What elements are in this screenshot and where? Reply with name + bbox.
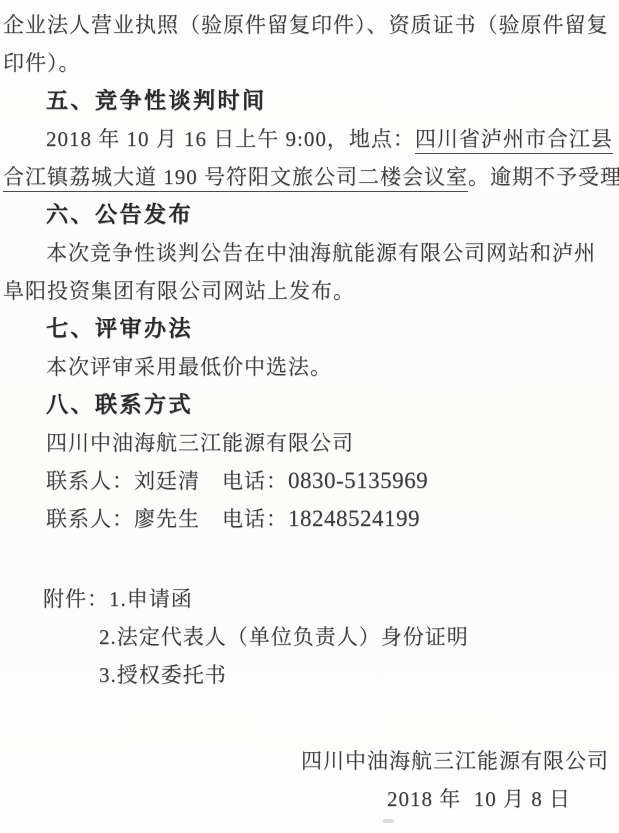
signature-date: 2018 年 10 月 8 日 <box>0 780 619 818</box>
contact-row: 联系人：刘廷清电话：0830-5135969 <box>0 462 619 500</box>
section-7-heading: 七、评审办法 <box>0 310 619 348</box>
contact-name-label: 联系人：廖先生 <box>46 500 222 538</box>
attachment-item-2: 2.法定代表人（单位负责人）身份证明 <box>0 618 619 656</box>
contact-row: 联系人：廖先生电话：18248524199 <box>0 500 619 538</box>
contact-phone-label: 电话： <box>222 469 288 493</box>
section-8-heading: 八、联系方式 <box>0 386 619 424</box>
scanned-document-page: 企业法人营业执照（验原件留复印件）、资质证书（验原件留复 印件）。 五、竞争性谈… <box>0 0 619 833</box>
contact-phone-number: 18248524199 <box>288 506 420 531</box>
section-5-heading: 五、竞争性谈判时间 <box>0 82 619 120</box>
meeting-location-underlined-part-1: 四川省泸州市合江县 <box>415 127 613 154</box>
section-6-heading: 六、公告发布 <box>0 196 619 234</box>
contact-phone-label: 电话： <box>222 507 288 531</box>
section-5-time-location-line-1: 2018 年 10 月 16 日上午 9:00，地点：四川省泸州市合江县 <box>0 120 619 158</box>
attachments-label: 附件： <box>43 587 109 611</box>
meeting-location-underlined-part-2: 合江镇荔城大道 190 号符阳文旅公司二楼会议室 <box>3 165 468 192</box>
vertical-gap <box>0 694 619 742</box>
contact-company-name: 四川中油海航三江能源有限公司 <box>0 424 619 462</box>
attachment-item-1: 1.申请函 <box>109 587 193 611</box>
section-6-body-line-1: 本次竞争性谈判公告在中油海航能源有限公司网站和泸州 <box>0 234 619 272</box>
overdue-note-text: 。逾期不予受理。 <box>468 165 619 189</box>
section-7-body: 本次评审采用最低价中选法。 <box>0 348 619 386</box>
contact-name-label: 联系人：刘廷清 <box>46 462 222 500</box>
license-paragraph-line-2: 印件）。 <box>0 44 619 82</box>
vertical-gap <box>0 538 619 580</box>
license-paragraph-line-1: 企业法人营业执照（验原件留复印件）、资质证书（验原件留复 <box>0 6 619 44</box>
section-5-time-location-line-2: 合江镇荔城大道 190 号符阳文旅公司二楼会议室。逾期不予受理。 <box>0 158 619 196</box>
attachment-item-3: 3.授权委托书 <box>0 656 619 694</box>
negotiation-time-text: 2018 年 10 月 16 日上午 9:00，地点： <box>46 127 415 151</box>
contact-phone-number: 0830-5135969 <box>288 468 428 493</box>
scan-artifact-mark <box>383 819 394 823</box>
attachments-header-row: 附件：1.申请函 <box>0 580 619 618</box>
signature-company-name: 四川中油海航三江能源有限公司 <box>0 742 619 780</box>
section-6-body-line-2: 阜阳投资集团有限公司网站上发布。 <box>0 272 619 310</box>
